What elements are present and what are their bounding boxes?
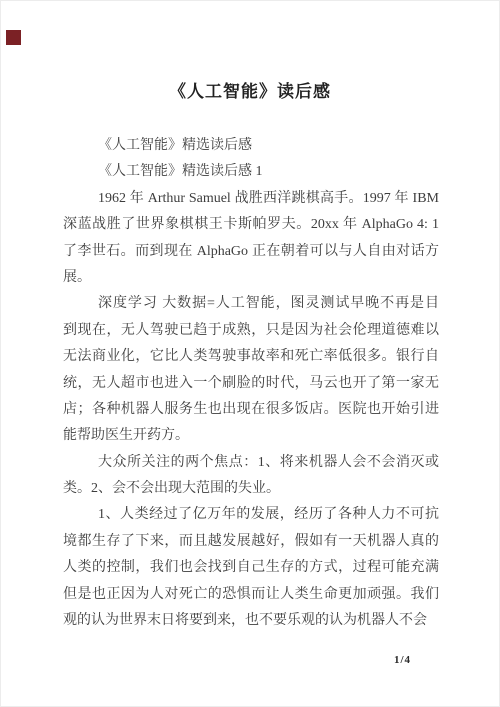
- text-line: 统，无人超市也进入一个刷脸的时代，马云也开了第一家无人酒: [63, 371, 439, 397]
- document-title: 《人工智能》读后感: [1, 77, 499, 102]
- corner-marker: [6, 30, 21, 45]
- text-line: 店；各种机器人服务生也出现在很多饭店。医院也开始引进人工智: [63, 397, 439, 423]
- text-line: 深蓝战胜了世界象棋棋王卡斯帕罗夫。20xx 年 AlphaGo 4: 1 战胜: [63, 212, 439, 238]
- text-line: 但是也正因为人对死亡的恐惧而让人类生命更加顽强。我们即不悲: [63, 582, 439, 608]
- text-line: 《人工智能》精选读后感 1: [63, 159, 439, 185]
- text-line: 展。: [63, 265, 439, 291]
- text-line: 类。2、会不会出现大范围的失业。: [63, 476, 439, 502]
- page-indicator: 1/4: [394, 654, 411, 666]
- text-line: 无法商业化，它比人类驾驶事故率和死亡率低很多。银行自助系: [63, 344, 439, 370]
- text-line: 1、人类经过了亿万年的发展，经历了各种人力不可抗的恶劣环: [63, 502, 439, 528]
- text-line: 观的认为世界末日将要到来，也不要乐观的认为机器人不会造反。: [63, 608, 439, 634]
- text-line: 大众所关注的两个焦点：1、将来机器人会不会消灭或者奴役人: [63, 450, 439, 476]
- text-line: 境都生存了下来，而且越发展越好，假如有一天机器人真的挣脱了: [63, 529, 439, 555]
- text-line: 了李世石。而到现在 AlphaGo 正在朝着可以与人自由对话方向发: [63, 239, 439, 265]
- text-line: 1962 年 Arthur Samuel 战胜西洋跳棋高手。1997 年 IBM…: [63, 186, 439, 212]
- text-line: 深度学习 大数据=人工智能，图灵测试早晚不再是目标。发展: [63, 291, 439, 317]
- document-body: 《人工智能》精选读后感《人工智能》精选读后感 11962 年 Arthur Sa…: [63, 133, 439, 634]
- document-page: 《人工智能》读后感 《人工智能》精选读后感《人工智能》精选读后感 11962 年…: [0, 0, 500, 707]
- text-line: 《人工智能》精选读后感: [63, 133, 439, 159]
- text-line: 人类的控制，我们也会找到自己生存的方式，过程可能充满血腥，: [63, 555, 439, 581]
- text-line: 到现在，无人驾驶已趋于成熟，只是因为社会伦理道德难以解决而: [63, 318, 439, 344]
- text-line: 能帮助医生开药方。: [63, 423, 439, 449]
